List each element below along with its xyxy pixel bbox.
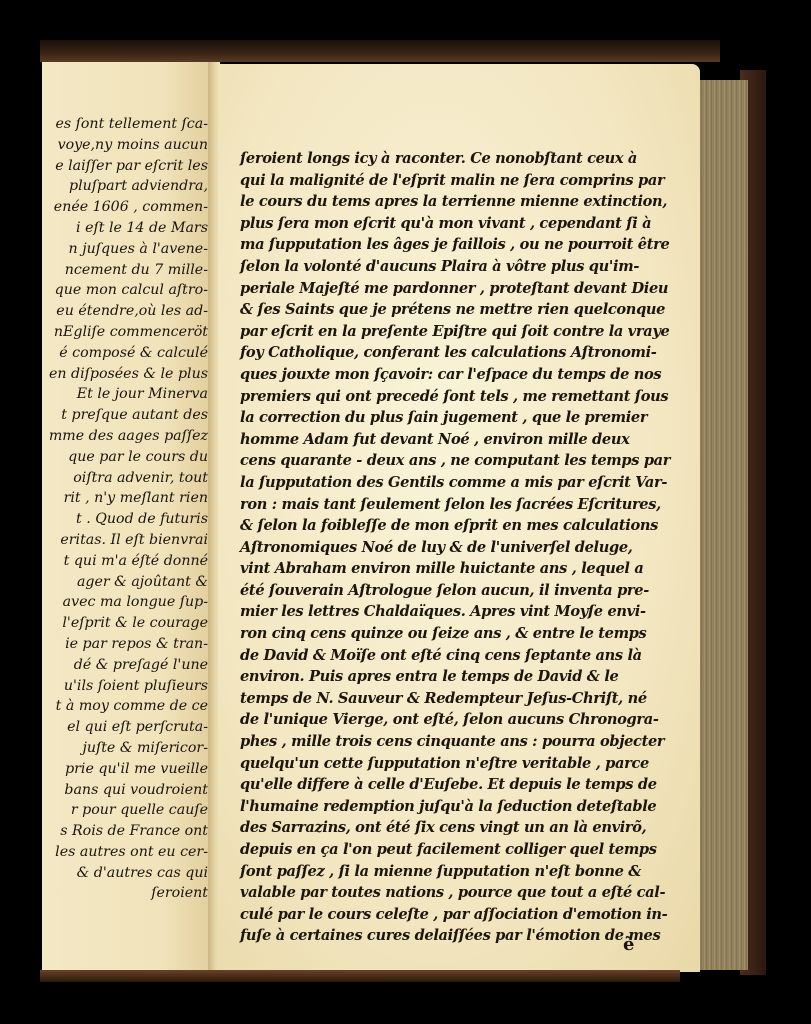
text-line: ſelon la volonté d'aucuns Plaira à vôtre… [240, 256, 690, 278]
text-line: la correction du plus ſain jugement , qu… [240, 407, 690, 429]
text-line: phes , mille trois cens cinquante ans : … [240, 731, 690, 753]
text-line: juſte & miſericor- [42, 738, 208, 759]
text-line: plus ſera mon eſcrit qu'à mon vivant , c… [240, 213, 690, 235]
book-bottom-edge [40, 970, 680, 982]
text-line: & d'autres cas qui [42, 863, 208, 884]
text-line: periale Majeſté me pardonner , proteſtan… [240, 278, 690, 300]
text-line: homme Adam fut devant Noé , environ mill… [240, 429, 690, 451]
text-line: valable par toutes nations , pource que … [240, 882, 690, 904]
text-line: environ. Puis apres entra le temps de Da… [240, 666, 690, 688]
text-line: mme des aages paſſez [42, 426, 208, 447]
text-line: de David & Moïſe ont eſté cinq cens ſept… [240, 645, 690, 667]
text-line: foy Catholique, conferant les calculatio… [240, 342, 690, 364]
text-line: en diſposées & le plus [42, 364, 208, 385]
text-line: dé & preſagé l'une [42, 655, 208, 676]
text-line: oiſtra advenir, tout [42, 468, 208, 489]
text-line: bans qui voudroient [42, 780, 208, 801]
text-line: que par le cours du [42, 447, 208, 468]
text-line: qu'elle differe à celle d'Euſebe. Et dep… [240, 774, 690, 796]
text-line: par eſcrit en la preſente Epiſtre qui ſo… [240, 321, 690, 343]
text-line: enée 1606 , commen- [42, 197, 208, 218]
text-line: le cours du tems apres la terrienne mien… [240, 191, 690, 213]
right-page-text: ſeroient longs icy à raconter. Ce nonobſ… [240, 148, 690, 947]
open-book: es ſont tellement ſca-voye,ny moins aucu… [40, 40, 770, 985]
text-line: ſeroient [42, 883, 208, 904]
text-line: que mon calcul aſtro- [42, 280, 208, 301]
text-line: l'humaine redemption juſqu'à la ſeductio… [240, 796, 690, 818]
text-line: temps de N. Sauveur & Redempteur Jeſus-C… [240, 688, 690, 710]
text-line: t preſque autant des [42, 405, 208, 426]
text-line: qui la malignité de l'eſprit malin ne ſe… [240, 170, 690, 192]
text-line: ſont paſſez , ſi la mienne ſupputation n… [240, 861, 690, 883]
text-line: el qui eſt perſcruta- [42, 717, 208, 738]
catchword: ẽ [623, 934, 634, 955]
text-line: ie par repos & tran- [42, 634, 208, 655]
page-fore-edge [698, 80, 748, 970]
text-line: cens quarante - deux ans , ne computant … [240, 450, 690, 472]
text-line: ron : mais tant ſeulement ſelon les ſacr… [240, 494, 690, 516]
text-line: ques jouxte mon ſçavoir: car l'eſpace du… [240, 364, 690, 386]
text-line: & ſelon la foibleſſe de mon eſprit en me… [240, 515, 690, 537]
text-line: é composé & calculé [42, 343, 208, 364]
text-line: ma ſupputation les âges je faillois , ou… [240, 234, 690, 256]
left-page-text: es ſont tellement ſca-voye,ny moins aucu… [42, 114, 208, 904]
text-line: eu étendre,où les ad- [42, 301, 208, 322]
text-line: s Rois de France ont [42, 821, 208, 842]
text-line: voye,ny moins aucun [42, 135, 208, 156]
left-page: es ſont tellement ſca-voye,ny moins aucu… [42, 62, 210, 972]
text-line: premiers qui ont precedé ſont tels , me … [240, 386, 690, 408]
text-line: r pour quelle cauſe [42, 800, 208, 821]
text-line: nEgliſe commenceröt [42, 322, 208, 343]
text-line: été ſouverain Aſtrologue ſelon aucun, il… [240, 580, 690, 602]
text-line: depuis en ça l'on peut facilement collig… [240, 839, 690, 861]
text-line: es ſont tellement ſca- [42, 114, 208, 135]
text-line: prie qu'il me vueille [42, 759, 208, 780]
text-line: les autres ont eu cer- [42, 842, 208, 863]
text-line: Aſtronomiques Noé de luy & de l'univerſe… [240, 537, 690, 559]
text-line: eritas. Il eſt bienvrai [42, 530, 208, 551]
right-page: ſeroient longs icy à raconter. Ce nonobſ… [218, 64, 700, 972]
text-line: rit , n'y meſlant rien [42, 488, 208, 509]
text-line: t à moy comme de ce [42, 696, 208, 717]
text-line: e laiſſer par eſcrit les [42, 156, 208, 177]
text-line: n juſques à l'avene- [42, 239, 208, 260]
text-line: vint Abraham environ mille huictante ans… [240, 558, 690, 580]
text-line: u'ils ſoient pluſieurs [42, 676, 208, 697]
text-line: Et le jour Minerva [42, 384, 208, 405]
text-line: pluſpart adviendra, [42, 176, 208, 197]
text-line: ron cinq cens quinze ou ſeize ans , & en… [240, 623, 690, 645]
text-line: i eſt le 14 de Mars [42, 218, 208, 239]
text-line: & ſes Saints que je prétens ne mettre ri… [240, 299, 690, 321]
book-top-edge [40, 40, 720, 62]
text-line: quelqu'un cette ſupputation n'eſtre veri… [240, 753, 690, 775]
text-line: t . Quod de futuris [42, 509, 208, 530]
text-line: culé par le cours celeſte , par aſſociat… [240, 904, 690, 926]
text-line: de l'unique Vierge, ont eſté, ſelon aucu… [240, 709, 690, 731]
text-line: ſeroient longs icy à raconter. Ce nonobſ… [240, 148, 690, 170]
text-line: ager & ajoûtant & [42, 572, 208, 593]
text-line: avec ma longue ſup- [42, 592, 208, 613]
text-line: l'eſprit & le courage [42, 613, 208, 634]
text-line: mier les lettres Chaldaïques. Apres vint… [240, 601, 690, 623]
text-line: t qui m'a éſté donné [42, 551, 208, 572]
text-line: la ſupputation des Gentils comme a mis p… [240, 472, 690, 494]
text-line: ncement du 7 mille- [42, 260, 208, 281]
text-line: des Sarrazins, ont été ſix cens vingt un… [240, 817, 690, 839]
